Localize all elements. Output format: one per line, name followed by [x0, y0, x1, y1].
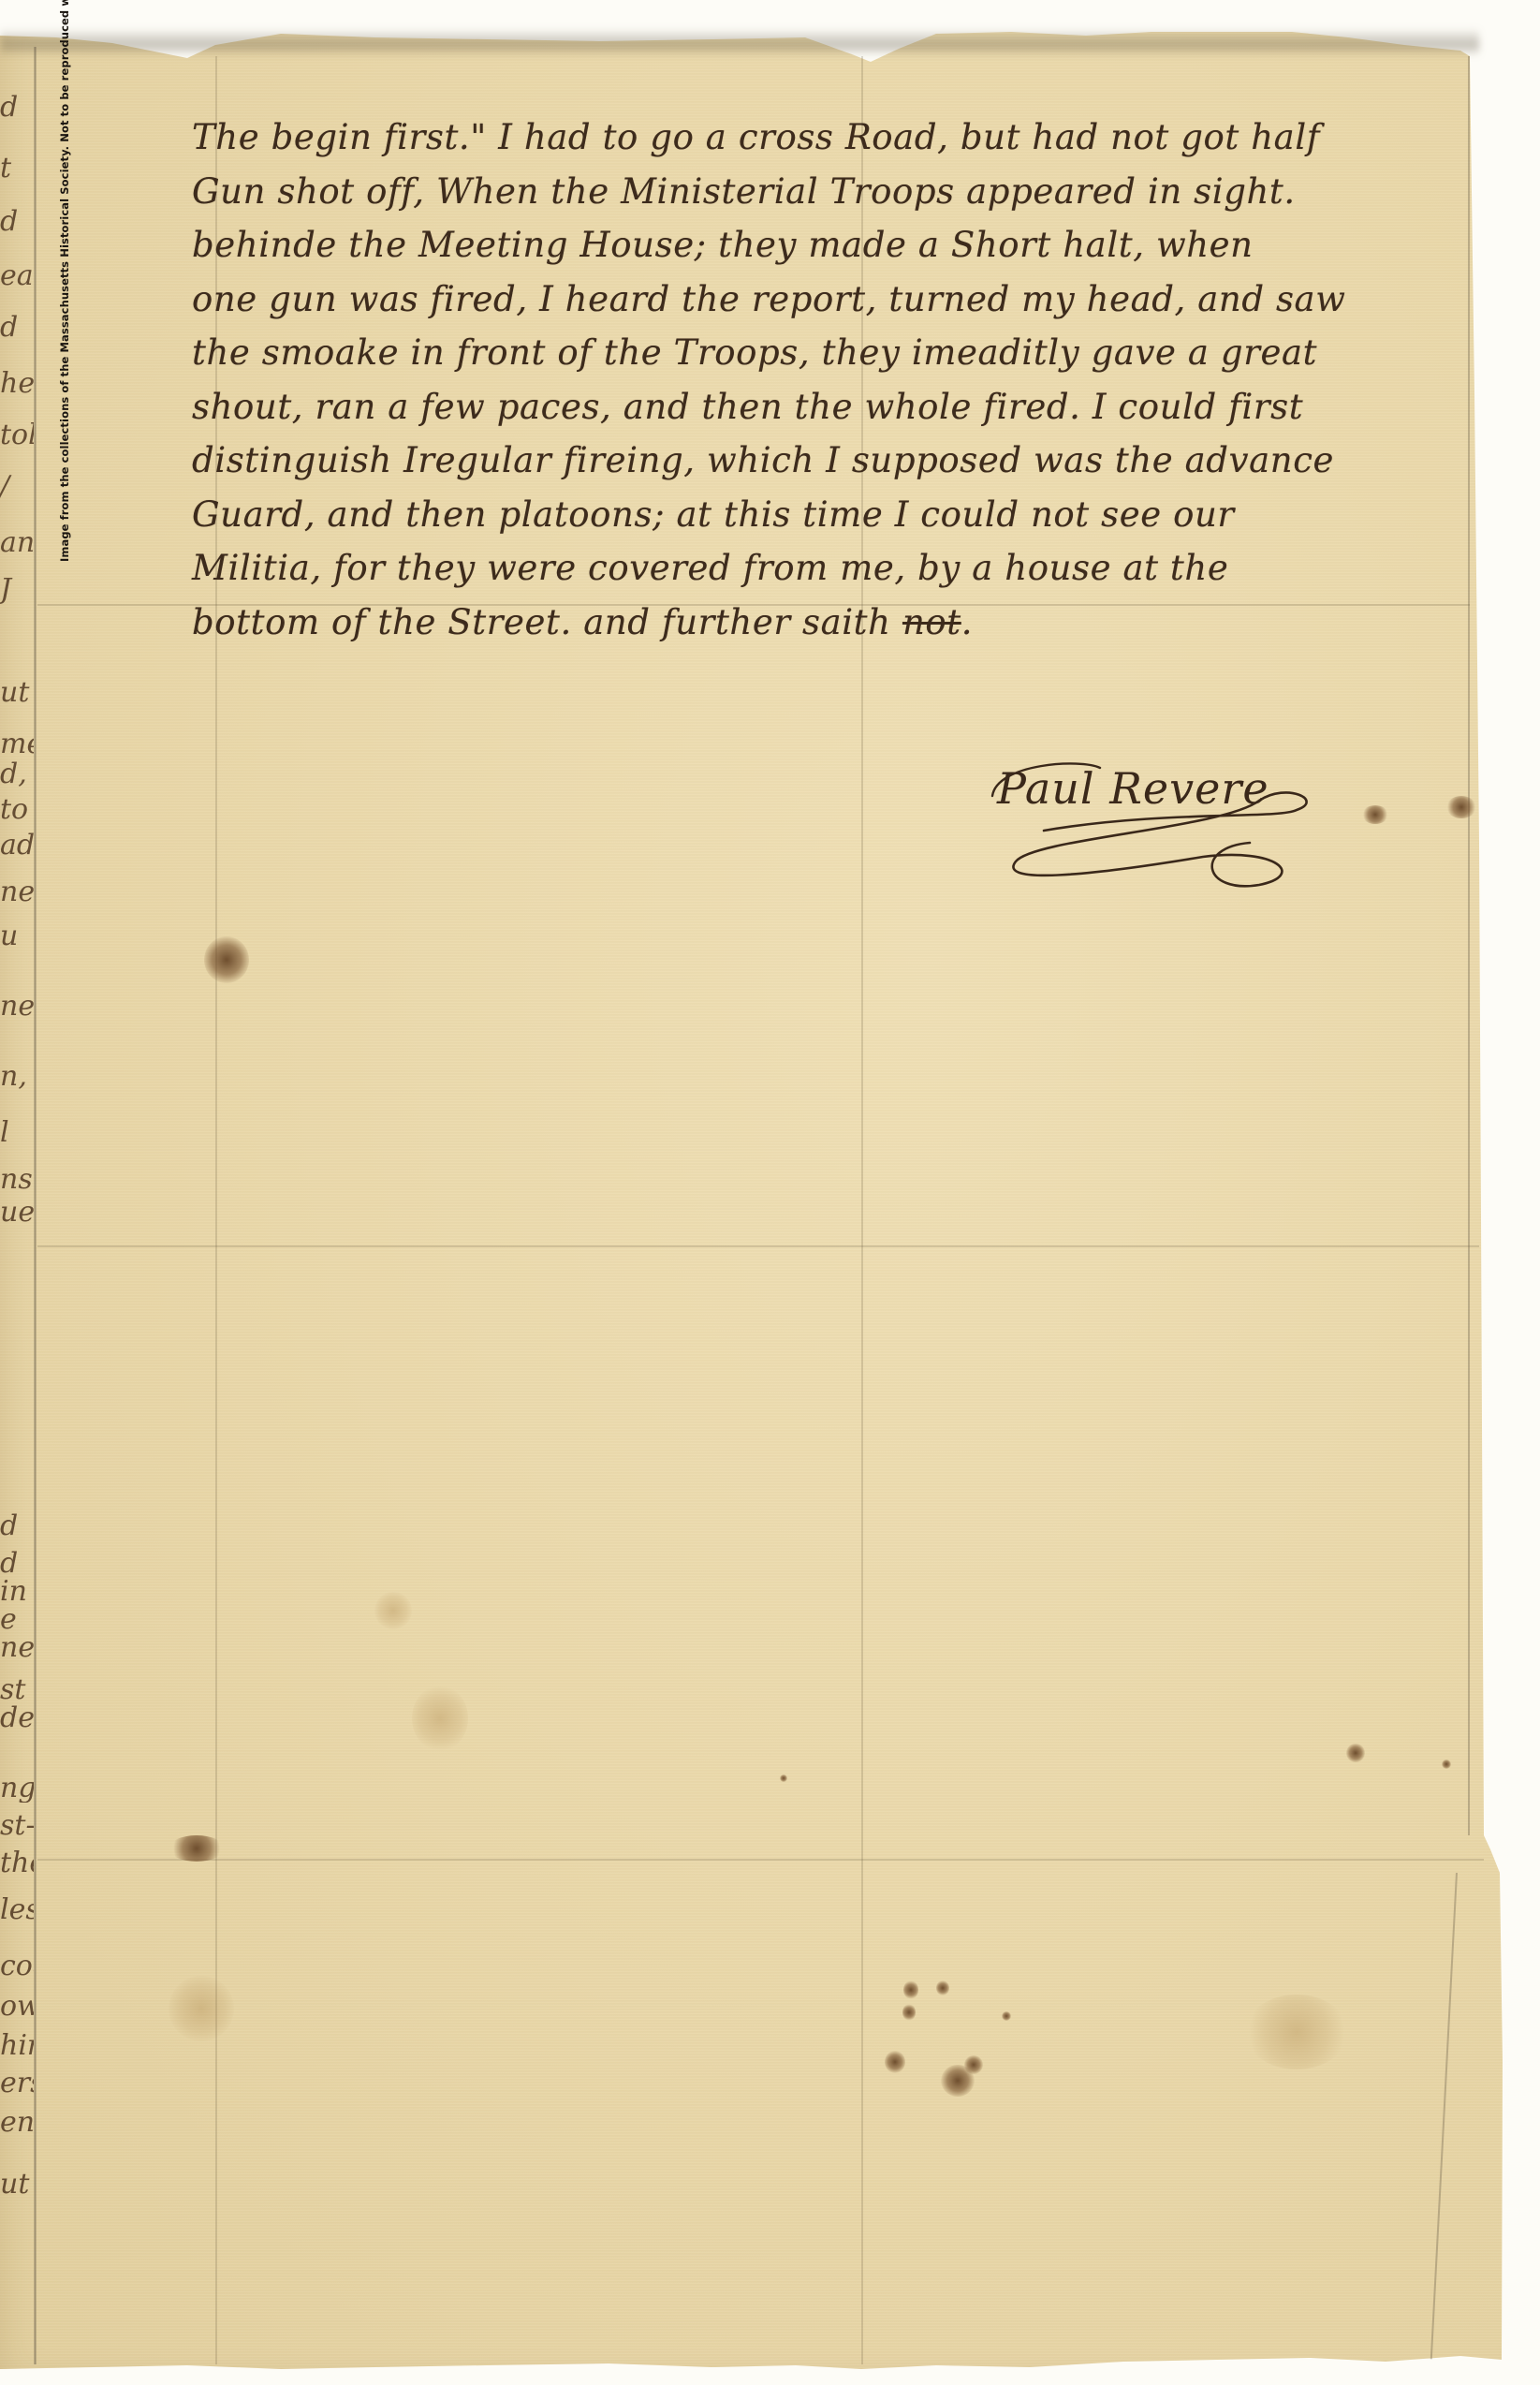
- struck-out-word: not: [902, 602, 961, 642]
- bleed-through-text: an: [0, 529, 34, 557]
- ink-dot: [885, 2051, 905, 2073]
- water-stain: [374, 1592, 412, 1629]
- bleed-through-text: d: [0, 314, 34, 342]
- bleed-through-text: u: [0, 922, 34, 950]
- manuscript-body: The begin first." I had to go a cross Ro…: [192, 110, 1446, 649]
- bleed-through-text: de: [0, 1704, 34, 1732]
- bleed-through-text: me: [0, 730, 34, 758]
- ink-dot: [780, 1774, 787, 1782]
- bleed-through-text: J: [0, 576, 34, 604]
- bleed-through-text: nes: [0, 993, 34, 1021]
- bleed-through-text: ne: [0, 878, 34, 906]
- ink-stain: [1346, 1744, 1365, 1762]
- bleed-through-text: e: [0, 1606, 34, 1634]
- bleed-through-text: /: [0, 473, 34, 501]
- bleed-through-text: ned,: [0, 1634, 34, 1662]
- water-stain: [1245, 1995, 1348, 2069]
- ink-blot: [941, 2065, 975, 2097]
- manuscript-line: Gun shot off, When the Ministerial Troop…: [192, 165, 1446, 219]
- ink-dot: [903, 1980, 918, 1999]
- bleed-through-text: to: [0, 796, 34, 824]
- manuscript-line: behinde the Meeting House; they made a S…: [192, 218, 1446, 272]
- ink-dot: [1442, 1759, 1451, 1769]
- ink-stain: [169, 1835, 225, 1862]
- bleed-through-text: ng: [0, 1774, 34, 1803]
- fold-line-horizontal-lower: [37, 1859, 1484, 1861]
- bleed-through-text: ers: [0, 2069, 34, 2098]
- manuscript-line-final: bottom of the Street. and further saith …: [192, 596, 1446, 650]
- water-stain: [412, 1686, 468, 1751]
- bleed-through-text: coats,: [0, 1952, 34, 1980]
- manuscript-line: Guard, and then platoons; at this time I…: [192, 488, 1446, 542]
- right-edge-crease: [1468, 56, 1470, 1835]
- water-stain: [169, 1976, 234, 2041]
- bleed-through-text: st-: [0, 1812, 34, 1840]
- bleed-through-text: in: [0, 1578, 34, 1606]
- bleed-through-text: d: [0, 94, 34, 122]
- bleed-through-text: l: [0, 1119, 34, 1147]
- ink-dot: [1002, 2011, 1011, 2021]
- manuscript-line: distinguish Iregular fireing, which I su…: [192, 434, 1446, 488]
- torn-edge-shadow: [0, 28, 1479, 56]
- bleed-through-text: en: [0, 2109, 34, 2137]
- manuscript-line: The begin first." I had to go a cross Ro…: [192, 110, 1446, 165]
- manuscript-line: the smoake in front of the Troops, they …: [192, 326, 1446, 380]
- bleed-through-text: d: [0, 208, 34, 236]
- binding-margin-line: [34, 47, 37, 2364]
- copyright-credit-line: Image from the collections of the Massac…: [58, 37, 81, 562]
- bleed-through-text: ut: [0, 679, 34, 707]
- bleed-through-text: d: [0, 1550, 34, 1578]
- manuscript-line: shout, ran a few paces, and then the who…: [192, 380, 1446, 434]
- signature-block: Paul Revere: [978, 744, 1334, 894]
- manuscript-line: one gun was fired, I heard the report, t…: [192, 272, 1446, 327]
- fold-line-horizontal-middle: [37, 1245, 1479, 1247]
- manuscript-line: Militia, for they were covered from me, …: [192, 541, 1446, 596]
- ink-stain: [204, 936, 249, 983]
- ink-stain: [1446, 796, 1476, 818]
- bleed-through-text: d,: [0, 760, 34, 788]
- ink-stain: [1362, 805, 1388, 824]
- signature-name: Paul Revere: [997, 763, 1269, 814]
- bleed-through-text: ad: [0, 832, 34, 860]
- bleed-through-text: n,: [0, 1063, 34, 1091]
- bleed-through-text: d: [0, 1512, 34, 1540]
- closing-punctuation: .: [961, 602, 973, 642]
- final-line-text: bottom of the Street. and further saith: [192, 602, 902, 642]
- bleed-through-text: t: [0, 155, 34, 183]
- bleed-through-text: the: [0, 1849, 34, 1877]
- bleed-through-text: ut: [0, 2171, 34, 2199]
- bleed-through-text: st: [0, 1676, 34, 1704]
- bleed-through-text: hind: [0, 2032, 34, 2060]
- bleed-through-text: hem: [0, 370, 34, 398]
- bleed-through-text: ns: [0, 1166, 34, 1194]
- bleed-through-text: tol: [0, 421, 34, 449]
- ink-dot: [902, 2004, 916, 2021]
- bleed-through-text: les,: [0, 1896, 34, 1924]
- bleed-through-text: ead: [0, 262, 34, 290]
- bleed-through-text: ow,: [0, 1993, 34, 2021]
- bleed-through-text: ue: [0, 1199, 34, 1227]
- ink-dot: [936, 1980, 949, 1995]
